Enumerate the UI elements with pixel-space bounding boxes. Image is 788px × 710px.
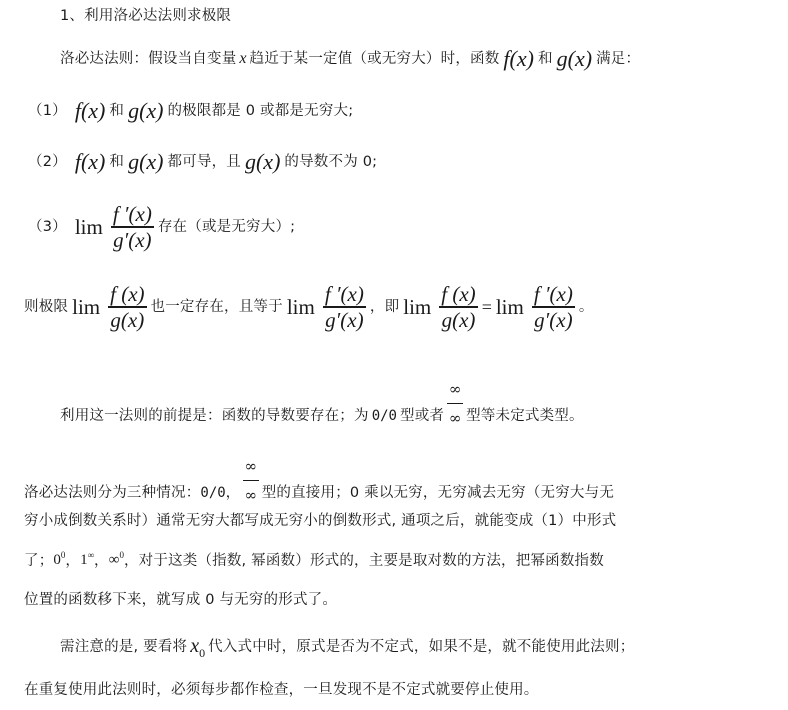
condition-text: 都可导，且 [167, 152, 241, 172]
fraction-denominator: g′(x) [323, 308, 365, 332]
intro-middle: 趋近于某一定值（或无穷大）时，函数 [250, 49, 500, 69]
fraction-denominator: g(x) [440, 308, 478, 332]
section-heading: 1、利用洛必达法则求极限 [60, 6, 231, 26]
function-g: g(x) [245, 152, 280, 172]
lim-operator: lim [287, 297, 315, 317]
fraction-numerator: f ′(x) [111, 202, 154, 226]
note-text: 代入式中时，原式是否为不定式，如果不是，就不能使用此法则； [208, 637, 634, 657]
intro-suffix: 满足： [596, 49, 640, 69]
conclusion-middle: 也一定存在，且等于 [151, 297, 283, 317]
zero-over-zero: 0/0 [372, 406, 397, 426]
cases-line-3: 了； 00 ， 1∞ ， ∞0 ， 对于这类（指数, 幂函数）形式的，主要是取对… [24, 550, 604, 571]
function-g: g(x) [128, 101, 163, 121]
condition-text: 的极限都是 0 或都是无穷大; [167, 101, 353, 121]
infinity-symbol: ∞ [449, 381, 462, 397]
note-text: 在重复使用此法则时，必须每步都作检查，一旦发现不是不定式就要停止使用。 [24, 680, 539, 700]
separator: ， [94, 551, 109, 571]
function-g: g(x) [557, 49, 592, 69]
ratio-fraction: f (x) g(x) [439, 282, 477, 331]
heading-text: 1、利用洛必达法则求极限 [60, 6, 231, 26]
condition-2: （2） f(x) 和 g(x) 都可导，且 g(x) 的导数不为 0; [28, 152, 377, 172]
derivative-fraction: f ′(x) g′(x) [323, 282, 366, 331]
function-f: f(x) [503, 49, 534, 69]
indeterminate-form: 1∞ [80, 550, 94, 571]
note-line-1: 需注意的是, 要看将 x0 代入式中时，原式是否为不定式，如果不是，就不能使用此… [60, 636, 634, 658]
condition-3: （3） lim f ′(x) g′(x) 存在（或是无穷大）; [28, 200, 295, 254]
conclusion-prefix: 则极限 [24, 297, 68, 317]
cases-text: 位置的函数移下来，就写成 0 与无穷的形式了。 [24, 590, 337, 610]
indeterminate-form: 00 [53, 550, 65, 571]
infinity-over-infinity: ∞ ∞ [447, 381, 463, 426]
variable-x: x [239, 49, 246, 69]
intro-and: 和 [538, 49, 553, 69]
period: 。 [579, 297, 594, 317]
lim-operator: lim [75, 217, 103, 237]
fraction-bar [447, 403, 463, 404]
function-f: f(x) [75, 101, 106, 121]
comma: ， [370, 297, 385, 317]
separator: ， [65, 551, 80, 571]
premise-text: 型或者 [400, 406, 444, 426]
condition-label: （3） [28, 217, 67, 237]
infinity-symbol: ∞ [449, 410, 462, 426]
conclusion-ji: 即 [385, 297, 400, 317]
equals-sign: = [482, 297, 492, 317]
zero-over-zero: 0/0， [200, 483, 239, 503]
lim-operator: lim [72, 297, 100, 317]
cases-line-2: 穷小成倒数关系时）通常无穷大都写成无穷小的倒数形式, 通项之后，就能变成（1）中… [24, 511, 616, 531]
fraction-numerator: f (x) [108, 282, 146, 306]
cases-line-1: 洛必达法则分为三种情况： 0/0， ∞ ∞ 型的直接用；0 乘以无穷，无穷减去无… [24, 470, 614, 515]
condition-label: （2） [28, 152, 67, 172]
infinity-symbol: ∞ [244, 487, 257, 503]
cases-text: 型的直接用；0 乘以无穷，无穷减去无穷（无穷大与无 [262, 483, 614, 503]
condition-and: 和 [109, 152, 124, 172]
cases-text: 穷小成倒数关系时）通常无穷大都写成无穷小的倒数形式, 通项之后，就能变成（1）中… [24, 511, 616, 531]
fraction-denominator: g′(x) [111, 228, 153, 252]
condition-and: 和 [109, 101, 124, 121]
premise-paragraph: 利用这一法则的前提是：函数的导数要存在；为 0/0 型或者 ∞ ∞ 型等未定式类… [60, 393, 584, 438]
condition-text: 的导数不为 0; [284, 152, 377, 172]
separator: ， [124, 551, 139, 571]
indeterminate-form: ∞0 [109, 550, 124, 571]
function-g: g(x) [128, 152, 163, 172]
fraction-bar [243, 480, 259, 481]
derivative-fraction: f ′(x) g′(x) [532, 282, 575, 331]
conclusion-line: 则极限 lim f (x) g(x) 也一定存在，且等于 lim f ′(x) … [24, 280, 594, 334]
fraction-denominator: g(x) [108, 308, 146, 332]
condition-label: （1） [28, 101, 67, 121]
note-line-2: 在重复使用此法则时，必须每步都作检查，一旦发现不是不定式就要停止使用。 [24, 680, 539, 700]
x-zero: x0 [190, 636, 205, 658]
intro-prefix: 洛必达法则：假设当自变量 [60, 49, 236, 69]
condition-1: （1） f(x) 和 g(x) 的极限都是 0 或都是无穷大; [28, 101, 353, 121]
ratio-fraction: f (x) g(x) [108, 282, 146, 331]
infinity-symbol: ∞ [244, 458, 257, 474]
intro-paragraph: 洛必达法则：假设当自变量 x 趋近于某一定值（或无穷大）时，函数 f(x) 和 … [60, 49, 640, 69]
cases-text: 了； [24, 551, 53, 571]
fraction-numerator: f ′(x) [532, 282, 575, 306]
fraction-denominator: g′(x) [532, 308, 574, 332]
derivative-fraction: f ′(x) g′(x) [111, 202, 154, 251]
condition-text: 存在（或是无穷大）; [158, 217, 295, 237]
function-f: f(x) [75, 152, 106, 172]
infinity-over-infinity: ∞ ∞ [243, 458, 259, 503]
lim-operator: lim [403, 297, 431, 317]
cases-text: 对于这类（指数, 幂函数）形式的，主要是取对数的方法，把幂函数指数 [139, 551, 604, 571]
fraction-numerator: f ′(x) [323, 282, 366, 306]
premise-text: 型等未定式类型。 [466, 406, 584, 426]
fraction-numerator: f (x) [439, 282, 477, 306]
cases-text: 洛必达法则分为三种情况： [24, 483, 200, 503]
cases-line-4: 位置的函数移下来，就写成 0 与无穷的形式了。 [24, 590, 337, 610]
premise-text: 利用这一法则的前提是：函数的导数要存在；为 [60, 406, 369, 426]
note-text: 需注意的是, 要看将 [60, 637, 187, 657]
lim-operator: lim [496, 297, 524, 317]
